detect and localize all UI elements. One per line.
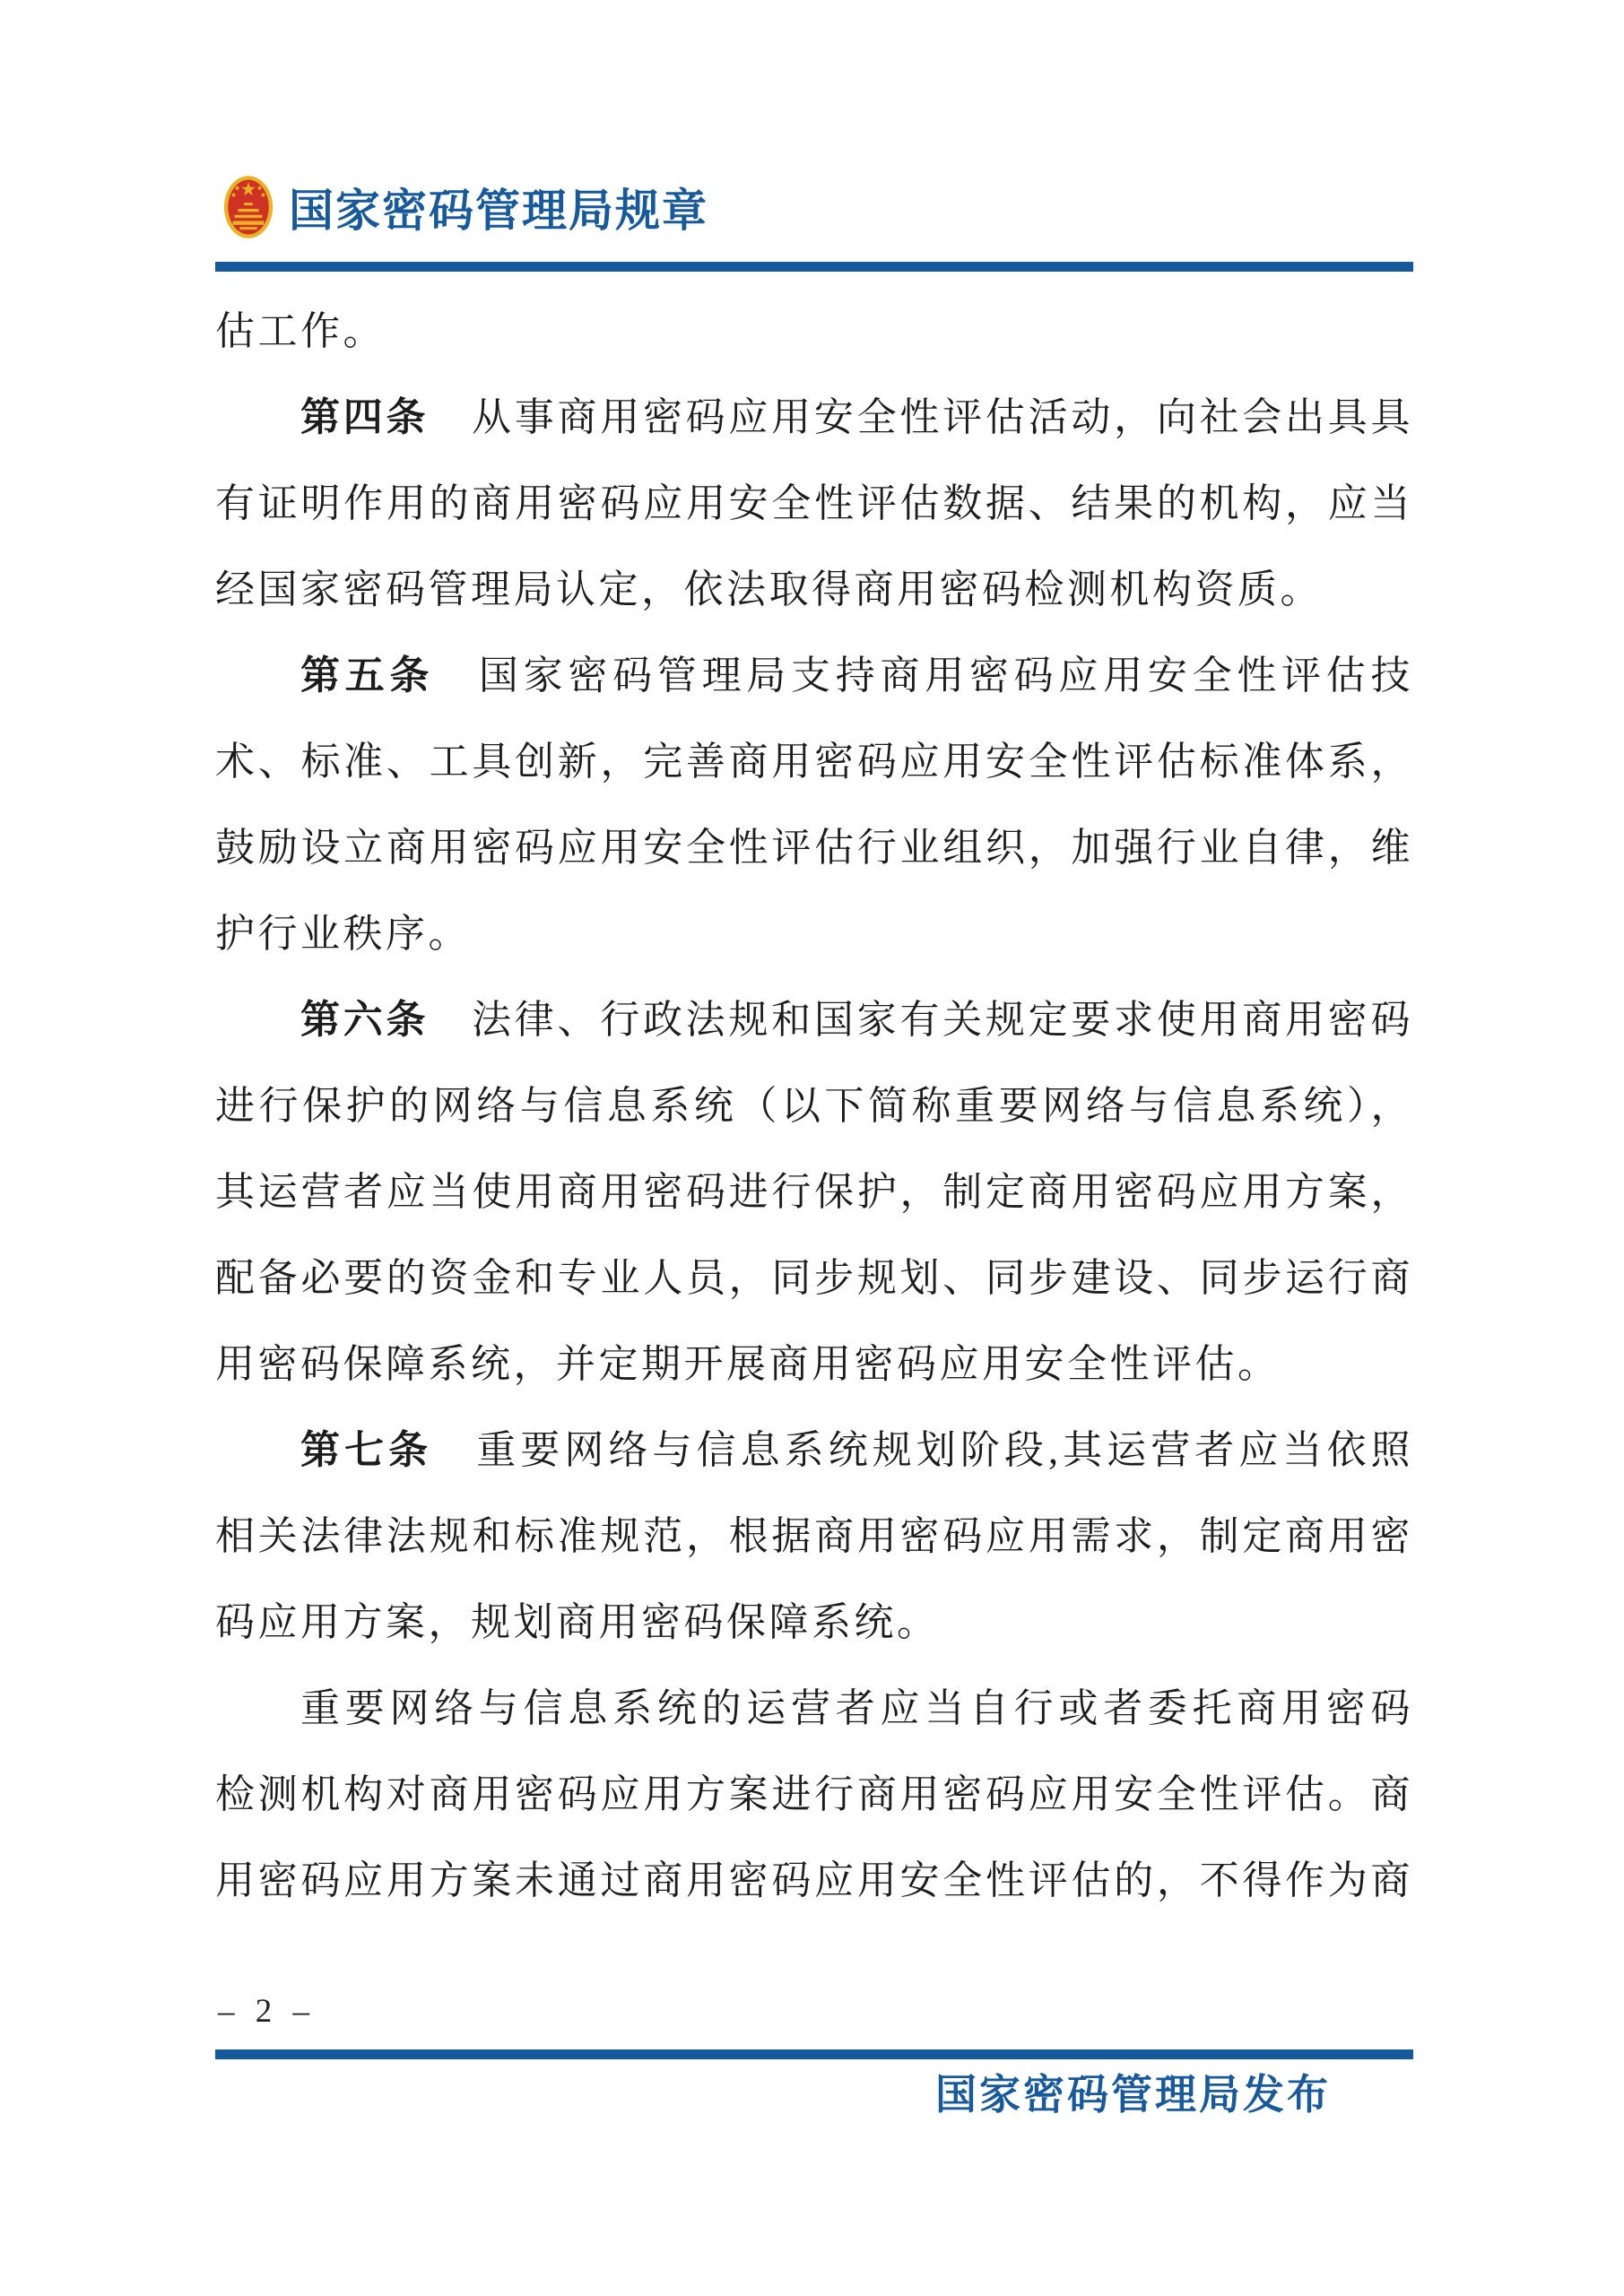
line-text: 经国家密码管理局认定，依法取得商用密码检测机构资质。 [215,568,1323,611]
page-title: 国家密码管理局规章 [289,175,708,239]
body-line: 码应用方案，规划商用密码保障系统。 [215,1580,1413,1666]
article-number: 第七条 [300,1428,432,1472]
body-line: 重要网络与信息系统的运营者应当自行或者委托商用密码 [215,1666,1413,1752]
line-text: 鼓励设立商用密码应用安全性评估行业组织，加强行业自律，维 [215,826,1413,870]
line-text: 用密码应用方案未通过商用密码应用安全性评估的，不得作为商 [215,1858,1413,1902]
line-text: 术、标准、工具创新，完善商用密码应用安全性评估标准体系， [215,740,1413,784]
body-line: 用密码应用方案未通过商用密码应用安全性评估的，不得作为商 [215,1838,1413,1924]
body-line: 经国家密码管理局认定，依法取得商用密码检测机构资质。 [215,547,1413,633]
article-line: 第六条 法律、行政法规和国家有关规定要求使用商用密码 [215,977,1413,1063]
line-text: 从事商用密码应用安全性评估活动，向社会出具具 [472,395,1413,439]
line-text: 其运营者应当使用商用密码进行保护，制定商用密码应用方案， [215,1170,1413,1214]
line-text: 进行保护的网络与信息系统（以下简称重要网络与信息系统）， [215,1084,1413,1128]
line-text: 国家密码管理局支持商用密码应用安全性评估技 [479,654,1413,697]
body-line: 检测机构对商用密码应用方案进行商用密码应用安全性评估。商 [215,1752,1413,1838]
body-line: 配备必要的资金和专业人员，同步规划、同步建设、同步运行商 [215,1235,1413,1321]
line-text: 码应用方案，规划商用密码保障系统。 [215,1600,940,1644]
body-line: 护行业秩序。 [215,891,1413,977]
footer-rule [215,2049,1413,2059]
header-brand: 国家密码管理局规章 [222,174,708,240]
line-text: 检测机构对商用密码应用方案进行商用密码应用安全性评估。商 [215,1772,1413,1816]
line-text: 护行业秩序。 [215,912,471,956]
article-number: 第六条 [300,998,429,1042]
header-rule [215,262,1413,272]
body-line: 相关法律法规和标准规范，根据商用密码应用需求，制定商用密 [215,1494,1413,1580]
body-line: 鼓励设立商用密码应用安全性评估行业组织，加强行业自律，维 [215,805,1413,891]
line-text: 估工作。 [215,309,386,353]
line-text: 重要网络与信息系统规划阶段,其运营者应当依照 [476,1428,1413,1472]
document-body: 估工作。第四条 从事商用密码应用安全性评估活动，向社会出具具有证明作用的商用密码… [215,289,1413,1924]
line-text: 用密码保障系统，并定期开展商用密码应用安全性评估。 [215,1342,1281,1386]
publisher-label: 国家密码管理局发布 [215,2062,1413,2121]
line-text: 重要网络与信息系统的运营者应当自行或者委托商用密码 [300,1686,1413,1730]
body-line: 有证明作用的商用密码应用安全性评估数据、结果的机构，应当 [215,461,1413,547]
article-line: 第五条 国家密码管理局支持商用密码应用安全性评估技 [215,633,1413,719]
document-page: 国家密码管理局规章 估工作。第四条 从事商用密码应用安全性评估活动，向社会出具具… [0,0,1624,2296]
body-line: 估工作。 [215,289,1413,375]
national-emblem-icon [222,174,274,240]
line-text: 配备必要的资金和专业人员，同步规划、同步建设、同步运行商 [215,1256,1413,1300]
article-number: 第四条 [300,395,429,439]
line-text: 相关法律法规和标准规范，根据商用密码应用需求，制定商用密 [215,1514,1413,1558]
body-line: 用密码保障系统，并定期开展商用密码应用安全性评估。 [215,1321,1413,1408]
line-text: 有证明作用的商用密码应用安全性评估数据、结果的机构，应当 [215,481,1413,525]
body-line: 其运营者应当使用商用密码进行保护，制定商用密码应用方案， [215,1149,1413,1235]
article-line: 第四条 从事商用密码应用安全性评估活动，向社会出具具 [215,375,1413,461]
line-text: 法律、行政法规和国家有关规定要求使用商用密码 [472,998,1413,1042]
article-number: 第五条 [300,654,434,697]
body-line: 术、标准、工具创新，完善商用密码应用安全性评估标准体系， [215,719,1413,805]
body-line: 进行保护的网络与信息系统（以下简称重要网络与信息系统）， [215,1063,1413,1149]
article-line: 第七条 重要网络与信息系统规划阶段,其运营者应当依照 [215,1408,1413,1494]
page-number: – 2 – [218,1992,316,2031]
